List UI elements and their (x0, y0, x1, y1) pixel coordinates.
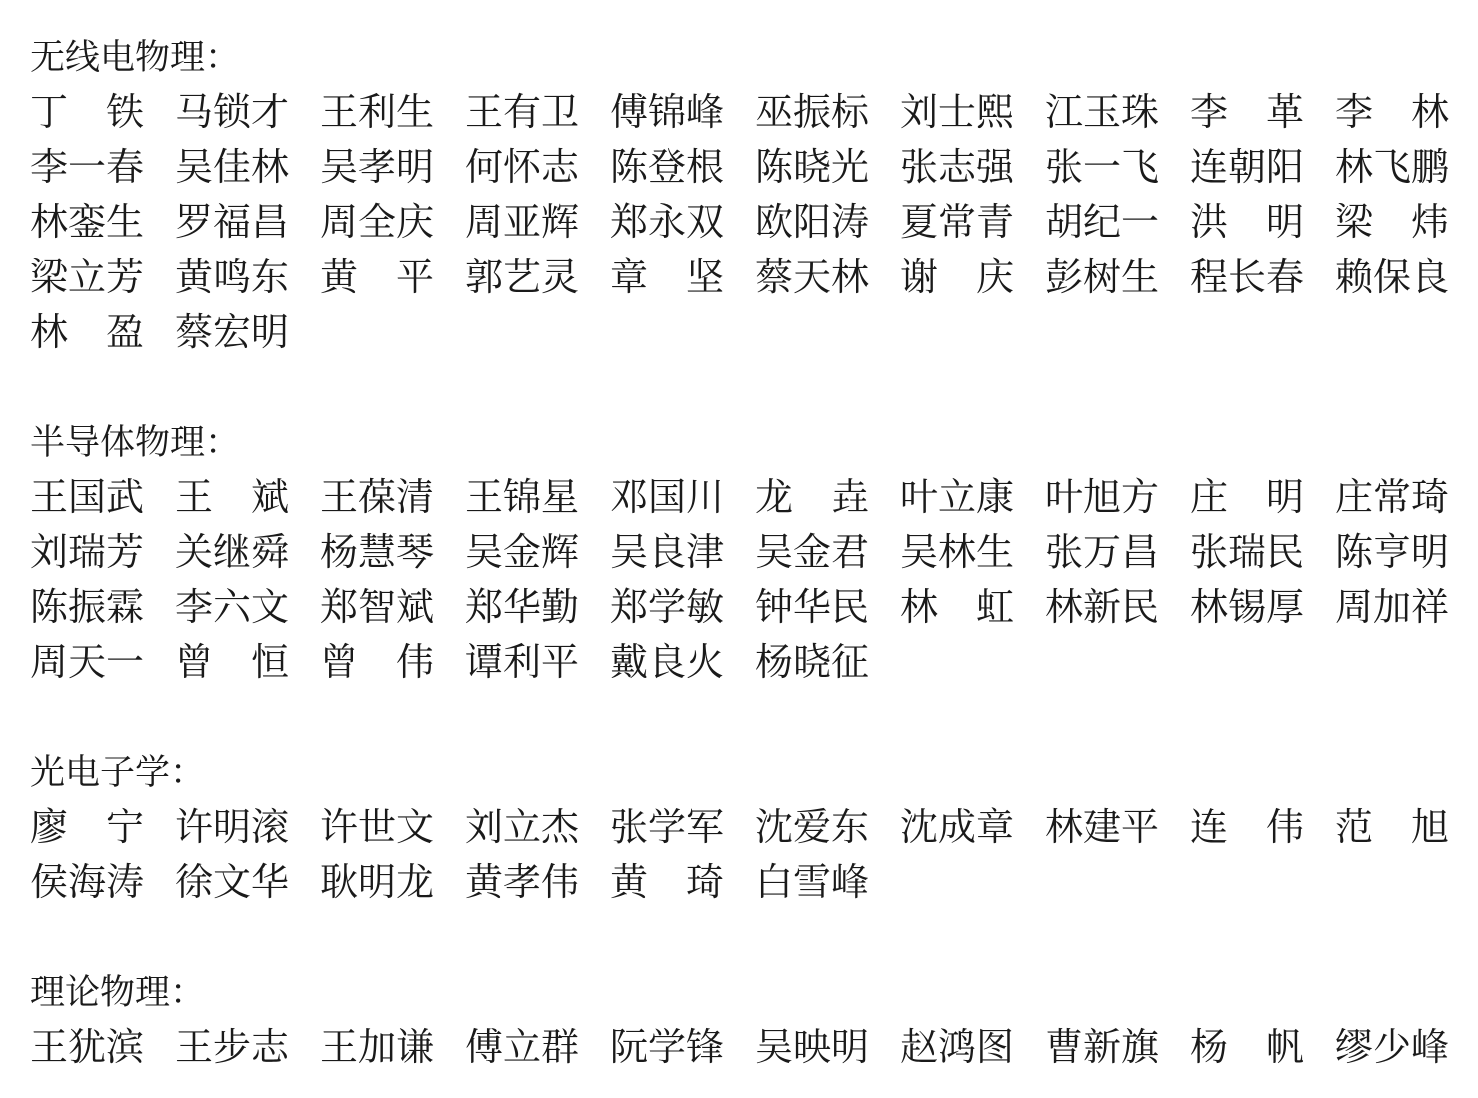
section-title: 半导体物理： (30, 415, 1478, 470)
person-name: 林新民 (1045, 580, 1159, 635)
person-name: 王步志 (175, 1020, 289, 1075)
person-name: 陈亨明 (1335, 525, 1449, 580)
person-name: 蔡宏明 (175, 305, 289, 360)
person-name: 周亚辉 (465, 195, 579, 250)
person-name: 林建平 (1045, 800, 1159, 855)
person-name: 叶旭方 (1045, 470, 1159, 525)
person-name: 傅锦峰 (610, 85, 724, 140)
person-name: 巫振标 (755, 85, 869, 140)
person-name: 耿明龙 (320, 855, 434, 910)
department-section: 理论物理： 王犹滨王步志王加谦傅立群阮学锋吴映明赵鸿图曹新旗杨帆缪少峰 (30, 965, 1478, 1075)
person-name: 曾恒 (175, 635, 289, 690)
person-name: 黄琦 (610, 855, 724, 910)
department-section: 半导体物理： 王国武王斌王葆清王锦星邓国川龙垚叶立康叶旭方庄明庄常琦刘瑞芳关继舜… (30, 415, 1478, 690)
person-name: 王利生 (320, 85, 434, 140)
person-name: 庄常琦 (1335, 470, 1449, 525)
person-name: 黄孝伟 (465, 855, 579, 910)
name-list: 王犹滨王步志王加谦傅立群阮学锋吴映明赵鸿图曹新旗杨帆缪少峰 (30, 1020, 1450, 1075)
person-name: 沈成章 (900, 800, 1014, 855)
person-name: 周天一 (30, 635, 144, 690)
person-name: 赵鸿图 (900, 1020, 1014, 1075)
person-name: 曾伟 (320, 635, 434, 690)
person-name: 关继舜 (175, 525, 289, 580)
person-name: 李革 (1190, 85, 1304, 140)
department-section: 无线电物理： 丁铁马锁才王利生王有卫傅锦峰巫振标刘士熙江玉珠李革李林李一春吴佳林… (30, 30, 1478, 360)
person-name: 邓国川 (610, 470, 724, 525)
person-name: 范旭 (1335, 800, 1449, 855)
person-name: 胡纪一 (1045, 195, 1159, 250)
person-name: 张万昌 (1045, 525, 1159, 580)
person-name: 李林 (1335, 85, 1449, 140)
person-name: 李一春 (30, 140, 144, 195)
person-name: 刘瑞芳 (30, 525, 144, 580)
person-name: 王加谦 (320, 1020, 434, 1075)
person-name: 林銮生 (30, 195, 144, 250)
person-name: 吴孝明 (320, 140, 434, 195)
person-name: 吴良津 (610, 525, 724, 580)
person-name: 林飞鹏 (1335, 140, 1449, 195)
person-name: 钟华民 (755, 580, 869, 635)
person-name: 张瑞民 (1190, 525, 1304, 580)
person-name: 戴良火 (610, 635, 724, 690)
person-name: 王锦星 (465, 470, 579, 525)
person-name: 谢庆 (900, 250, 1014, 305)
person-name: 吴映明 (755, 1020, 869, 1075)
person-name: 张志强 (900, 140, 1014, 195)
section-title: 理论物理： (30, 965, 1478, 1020)
section-title: 无线电物理： (30, 30, 1478, 85)
person-name: 曹新旗 (1045, 1020, 1159, 1075)
person-name: 何怀志 (465, 140, 579, 195)
person-name: 王葆清 (320, 470, 434, 525)
person-name: 郑华勤 (465, 580, 579, 635)
person-name: 杨晓征 (755, 635, 869, 690)
person-name: 丁铁 (30, 85, 144, 140)
person-name: 赖保良 (1335, 250, 1449, 305)
person-name: 吴林生 (900, 525, 1014, 580)
person-name: 李六文 (175, 580, 289, 635)
person-name: 郑永双 (610, 195, 724, 250)
person-name: 徐文华 (175, 855, 289, 910)
person-name: 林虹 (900, 580, 1014, 635)
person-name: 程长春 (1190, 250, 1304, 305)
person-name: 连朝阳 (1190, 140, 1304, 195)
person-name: 江玉珠 (1045, 85, 1159, 140)
person-name: 庄明 (1190, 470, 1304, 525)
person-name: 吴金君 (755, 525, 869, 580)
person-name: 杨慧琴 (320, 525, 434, 580)
person-name: 王斌 (175, 470, 289, 525)
person-name: 周全庆 (320, 195, 434, 250)
person-name: 陈晓光 (755, 140, 869, 195)
person-name: 黄平 (320, 250, 434, 305)
person-name: 刘立杰 (465, 800, 579, 855)
person-name: 郑智斌 (320, 580, 434, 635)
person-name: 龙垚 (755, 470, 869, 525)
person-name: 黄鸣东 (175, 250, 289, 305)
person-name: 许明滚 (175, 800, 289, 855)
name-list: 廖宁许明滚许世文刘立杰张学军沈爱东沈成章林建平连伟范旭侯海涛徐文华耿明龙黄孝伟黄… (30, 800, 1450, 910)
person-name: 马锁才 (175, 85, 289, 140)
person-name: 谭利平 (465, 635, 579, 690)
person-name: 林盈 (30, 305, 144, 360)
person-name: 缪少峰 (1335, 1020, 1449, 1075)
person-name: 阮学锋 (610, 1020, 724, 1075)
person-name: 梁炜 (1335, 195, 1449, 250)
person-name: 刘士熙 (900, 85, 1014, 140)
person-name: 郑学敏 (610, 580, 724, 635)
section-title: 光电子学： (30, 745, 1478, 800)
person-name: 叶立康 (900, 470, 1014, 525)
person-name: 洪明 (1190, 195, 1304, 250)
person-name: 侯海涛 (30, 855, 144, 910)
person-name: 陈振霖 (30, 580, 144, 635)
person-name: 王有卫 (465, 85, 579, 140)
person-name: 章坚 (610, 250, 724, 305)
person-name: 吴金辉 (465, 525, 579, 580)
document-page: 无线电物理： 丁铁马锁才王利生王有卫傅锦峰巫振标刘士熙江玉珠李革李林李一春吴佳林… (0, 0, 1478, 1075)
person-name: 张一飞 (1045, 140, 1159, 195)
person-name: 彭树生 (1045, 250, 1159, 305)
person-name: 罗福昌 (175, 195, 289, 250)
person-name: 廖宁 (30, 800, 144, 855)
person-name: 吴佳林 (175, 140, 289, 195)
person-name: 沈爱东 (755, 800, 869, 855)
person-name: 林锡厚 (1190, 580, 1304, 635)
person-name: 蔡天林 (755, 250, 869, 305)
person-name: 许世文 (320, 800, 434, 855)
person-name: 张学军 (610, 800, 724, 855)
person-name: 周加祥 (1335, 580, 1449, 635)
person-name: 梁立芳 (30, 250, 144, 305)
person-name: 白雪峰 (755, 855, 869, 910)
person-name: 夏常青 (900, 195, 1014, 250)
person-name: 王犹滨 (30, 1020, 144, 1075)
person-name: 连伟 (1190, 800, 1304, 855)
person-name: 郭艺灵 (465, 250, 579, 305)
person-name: 陈登根 (610, 140, 724, 195)
name-list: 丁铁马锁才王利生王有卫傅锦峰巫振标刘士熙江玉珠李革李林李一春吴佳林吴孝明何怀志陈… (30, 85, 1450, 360)
person-name: 王国武 (30, 470, 144, 525)
person-name: 傅立群 (465, 1020, 579, 1075)
name-list: 王国武王斌王葆清王锦星邓国川龙垚叶立康叶旭方庄明庄常琦刘瑞芳关继舜杨慧琴吴金辉吴… (30, 470, 1450, 690)
person-name: 杨帆 (1190, 1020, 1304, 1075)
person-name: 欧阳涛 (755, 195, 869, 250)
department-section: 光电子学： 廖宁许明滚许世文刘立杰张学军沈爱东沈成章林建平连伟范旭侯海涛徐文华耿… (30, 745, 1478, 910)
